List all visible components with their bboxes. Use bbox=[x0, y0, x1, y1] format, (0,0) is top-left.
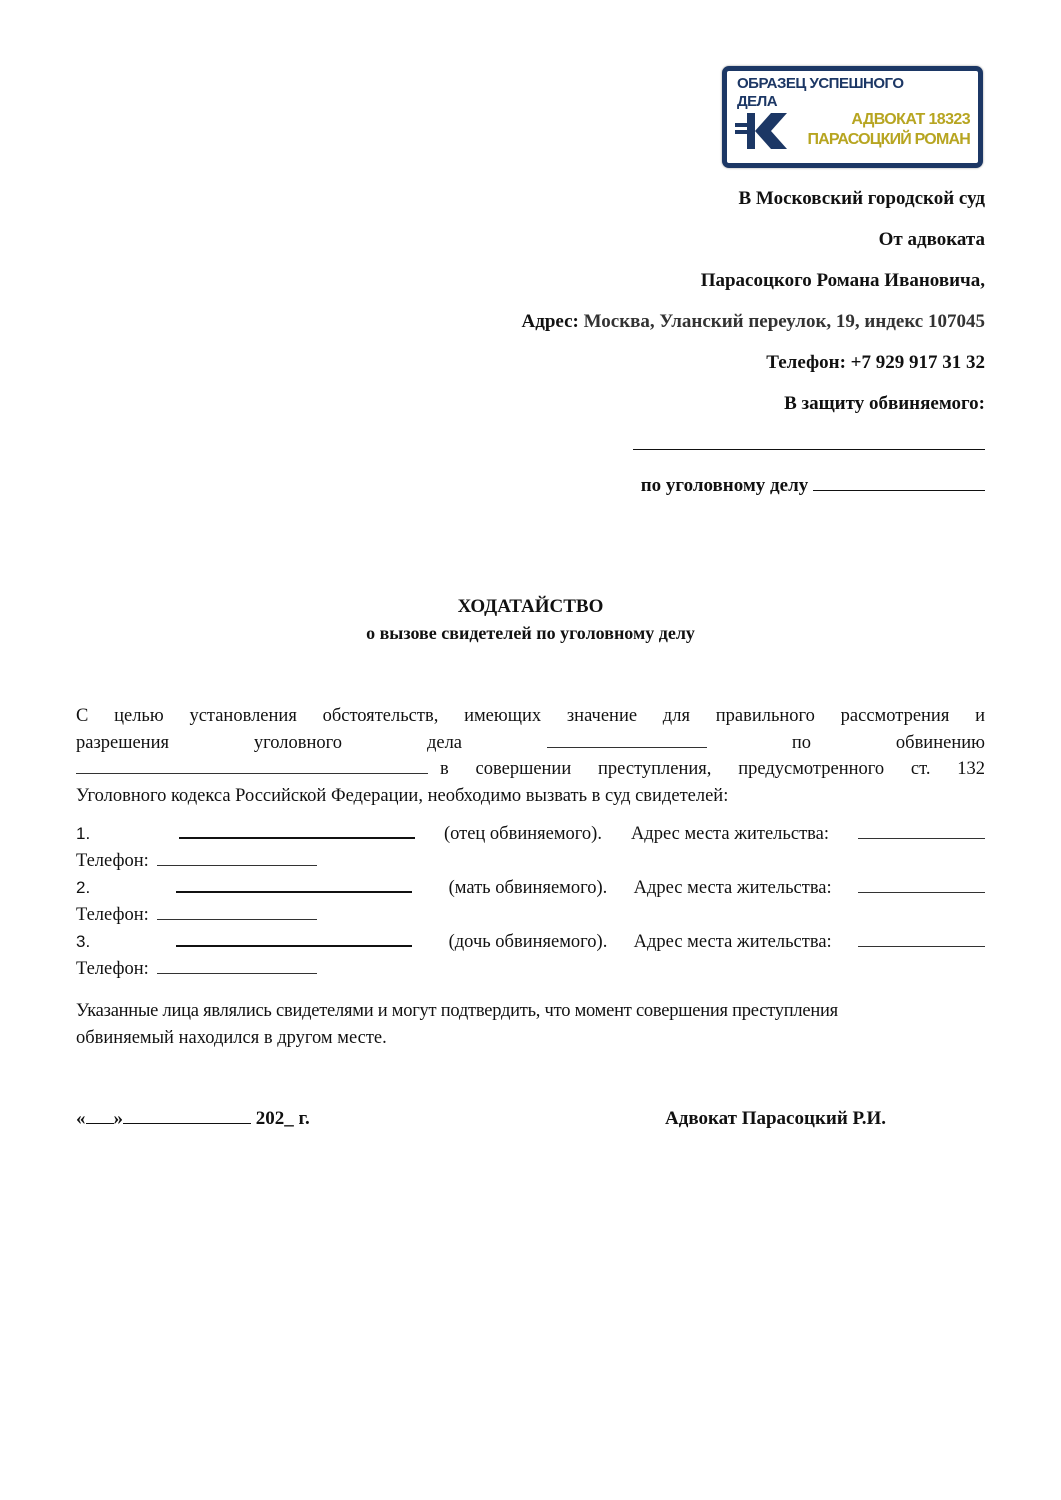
paragraph-line-1: С целью установления обстоятельств, имею… bbox=[76, 703, 985, 730]
address-label: Адрес: bbox=[522, 311, 579, 332]
paragraph-line-4: Уголовного кодекса Российской Федерации,… bbox=[76, 783, 985, 810]
case-label: по уголовному делу bbox=[641, 475, 809, 496]
witness-3-name-blank[interactable] bbox=[176, 944, 412, 947]
logo-text-advocate-number: АДВОКАТ 18323 bbox=[851, 111, 970, 129]
from-label: От адвоката bbox=[879, 229, 985, 251]
witness-3-address-blank[interactable] bbox=[858, 945, 985, 947]
witness-number: 1. bbox=[76, 824, 150, 844]
witness-list: 1. (отец обвиняемого). Адрес места жител… bbox=[76, 824, 985, 986]
day-blank[interactable] bbox=[86, 1122, 114, 1124]
main-paragraph: С целью установления обстоятельств, имею… bbox=[76, 703, 985, 809]
witness-2-name-blank[interactable] bbox=[176, 890, 412, 893]
logo-text-line1: ОБРАЗЕЦ УСПЕШНОГО bbox=[737, 75, 904, 92]
address-value: Москва, Уланский переулок, 19, индекс 10… bbox=[584, 311, 985, 332]
date-field: «» 202_ г. bbox=[76, 1108, 310, 1130]
witness-2-phone-blank[interactable] bbox=[157, 918, 317, 920]
defendant-inline-blank[interactable] bbox=[76, 772, 428, 774]
witness-1-phone-row: Телефон: bbox=[76, 851, 985, 878]
witness-number: 2. bbox=[76, 878, 150, 898]
witness-number: 3. bbox=[76, 932, 150, 952]
witness-row-2: 2. (мать обвиняемого). Адрес места жител… bbox=[76, 878, 985, 905]
witness-1-phone-blank[interactable] bbox=[157, 864, 317, 866]
case-number-row: по уголовному делу bbox=[641, 475, 985, 497]
witness-3-phone-blank[interactable] bbox=[157, 972, 317, 974]
witness-1-name-blank[interactable] bbox=[179, 836, 415, 839]
conclusion-line-2: обвиняемый находился в другом месте. bbox=[76, 1025, 985, 1052]
case-number-blank[interactable] bbox=[813, 489, 985, 491]
advocate-phone: Телефон: +7 929 917 31 32 bbox=[766, 352, 985, 374]
logo: ОБРАЗЕЦ УСПЕШНОГО ДЕЛА АДВОКАТ 18323 ПАР… bbox=[722, 66, 983, 168]
paragraph-line-2: разрешения уголовного дела по обвинению bbox=[76, 730, 985, 757]
conclusion-line-1: Указанные лица являлись свидетелями и мо… bbox=[76, 998, 985, 1025]
witness-2-address-blank[interactable] bbox=[858, 891, 985, 893]
month-blank[interactable] bbox=[123, 1122, 251, 1124]
defendant-name-blank[interactable] bbox=[633, 448, 985, 450]
witness-row-1: 1. (отец обвиняемого). Адрес места жител… bbox=[76, 824, 985, 851]
defendant-name-field[interactable] bbox=[633, 434, 985, 456]
paragraph-line-3: в совершении преступления, предусмотренн… bbox=[76, 756, 985, 783]
case-number-inline-blank[interactable] bbox=[547, 746, 707, 748]
witness-1-address-blank[interactable] bbox=[858, 837, 985, 839]
witness-3-phone-row: Телефон: bbox=[76, 959, 985, 986]
advocate-name: Парасоцкого Романа Ивановича, bbox=[701, 270, 985, 292]
defense-label: В защиту обвиняемого: bbox=[784, 393, 985, 415]
k-logo-icon bbox=[733, 109, 789, 153]
witness-row-3: 3. (дочь обвиняемого). Адрес места жител… bbox=[76, 932, 985, 959]
signature: Адвокат Парасоцкий Р.И. bbox=[665, 1108, 886, 1130]
logo-text-advocate-name: ПАРАСОЦКИЙ РОМАН bbox=[807, 131, 970, 149]
advocate-address: Адрес: Москва, Уланский переулок, 19, ин… bbox=[522, 311, 985, 333]
addressee-court: В Московский городской суд bbox=[739, 188, 986, 210]
document-title: ХОДАТАЙСТВО bbox=[0, 596, 1061, 618]
document-subtitle: о вызове свидетелей по уголовному делу bbox=[0, 623, 1061, 644]
logo-text-line2: ДЕЛА bbox=[737, 93, 777, 110]
year-text: 202_ г. bbox=[256, 1108, 310, 1129]
conclusion-paragraph: Указанные лица являлись свидетелями и мо… bbox=[76, 998, 985, 1051]
witness-2-phone-row: Телефон: bbox=[76, 905, 985, 932]
